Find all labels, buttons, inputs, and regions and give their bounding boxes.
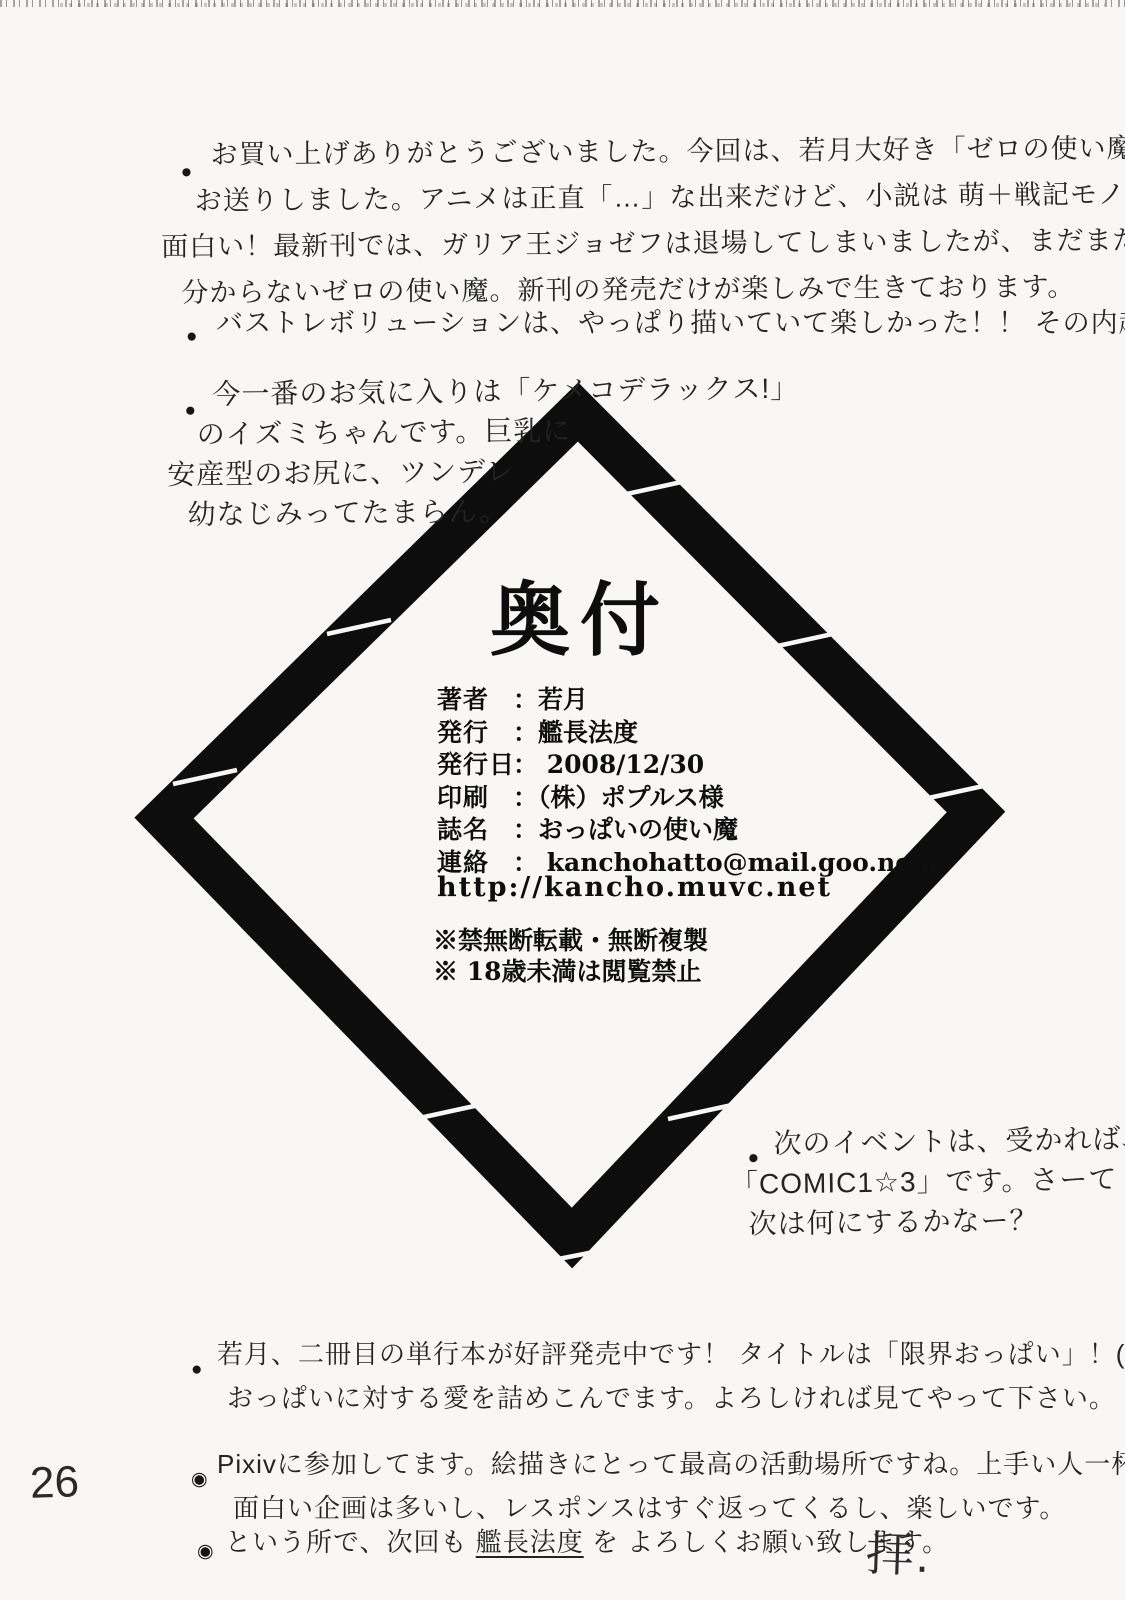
note-line: という所で、次回も 艦長法度 を よろしくお願い致します。: [225, 1522, 949, 1562]
field-value: ： 2008/12/30: [513, 749, 704, 782]
note-line: バストレボリューションは、やっぱり描いていて楽しかった！！ その内超乳も描こうか…: [216, 300, 1125, 346]
field-value: ：艦長法度: [513, 717, 638, 750]
note-line: 面白い！最新刊では、ガリア王ジョゼフは退場してしまいましたが、まだまだどうなるか: [161, 216, 1125, 270]
signature-mark: 拝.: [865, 1515, 933, 1586]
scan-noise-strip-2: [60, 3, 1105, 7]
note-next-event: ● 次のイベントは、受かれば、 「COMIC1☆3」です。さーて 次は何にするか…: [717, 1119, 1125, 1245]
note-closing: ◉ という所で、次回も 艦長法度 を よろしくお願い致します。: [175, 1522, 949, 1562]
bullet-icon: ●: [180, 150, 193, 196]
note-kemeko-deluxe: ● 今一番のお気に入りは「ケメコデラックス!」 のイズミちゃんです。巨乳に 安産…: [154, 369, 800, 536]
note-line: 次のイベントは、受かれば、: [773, 1119, 1125, 1164]
bullet-icon: ●: [184, 391, 197, 431]
bullet-icon: ●: [747, 1138, 760, 1178]
note-line: お送りしました。アニメは正直「…」な出来だけど、小説は 萌＋戦記モノでスゲー: [195, 170, 1125, 224]
field-value: ：若月: [513, 684, 588, 717]
field-label: 誌名: [437, 814, 513, 847]
scanned-doujinshi-colophon-page: { "colors": { "paper": "#f8f7f4", "ink":…: [0, 0, 1125, 1600]
note-bust-revolution: ● バストレボリューションは、やっぱり描いていて楽しかった！！ その内超乳も描こ…: [160, 300, 1125, 346]
field-row-date: 発行日 ： 2008/12/30: [437, 749, 946, 782]
note-line: 幼なじみってたまらん。: [187, 489, 800, 535]
note-pixiv: ◉ Pixivに参加してます。絵描きにとって最高の活動場所ですね。上手い人一杯い…: [165, 1442, 1125, 1530]
note-line: 安産型のお尻に、ツンデレ: [167, 449, 800, 496]
note-line: Pixivに参加してます。絵描きにとって最高の活動場所ですね。上手い人一杯いるし…: [217, 1442, 1125, 1486]
note-tankobon-release: ● 若月、二冊目の単行本が好評発売中です！ タイトルは「限界おっぱい」！(Muj…: [165, 1332, 1125, 1420]
colophon-website-url: http://kancho.muvc.net: [437, 872, 832, 903]
field-row-author: 著者 ：若月: [437, 684, 946, 717]
field-value: ：（株）ポプルス様: [513, 782, 724, 815]
bullet-icon: ●: [186, 314, 198, 360]
page-number: 26: [29, 1457, 80, 1509]
field-label: 発行: [437, 717, 513, 750]
note-line: 「COMIC1☆3」です。さーて: [730, 1159, 1125, 1205]
note-line: お買い上げありがとうございました。今回は、若月大好き「ゼロの使い魔」(原作版)で: [210, 124, 1125, 178]
field-label: 印刷: [437, 782, 513, 815]
note-line: 若月、二冊目の単行本が好評発売中です！ タイトルは「限界おっぱい」！(Mujin…: [217, 1332, 1125, 1376]
colophon-notices: ※禁無断転載・無断複製 ※ 18歳未満は閲覧禁止: [433, 925, 708, 987]
colophon-fields: 著者 ：若月 発行 ：艦長法度 発行日 ： 2008/12/30 印刷 ：（株）…: [437, 684, 946, 879]
note-line: おっぱいに対する愛を詰めこんでます。よろしければ見てやって下さい。: [227, 1376, 1125, 1420]
note-line: 次は何にするかなー？: [748, 1199, 1125, 1245]
colophon-title: 奥付: [380, 556, 780, 671]
bullet-icon: ●: [191, 1348, 203, 1392]
note-line: 今一番のお気に入りは「ケメコデラックス!」: [212, 369, 799, 415]
note-line: のイズミちゃんです。巨乳に: [197, 409, 800, 455]
notice-adults-only: ※ 18歳未満は閲覧禁止: [433, 956, 708, 987]
field-row-book-title: 誌名 ：おっぱいの使い魔: [437, 814, 946, 847]
field-row-publisher: 発行 ：艦長法度: [437, 717, 946, 750]
bullet-icon: ◉: [197, 1532, 215, 1572]
closing-circle-name-emphasis: 艦長法度: [476, 1527, 584, 1557]
field-label: 著者: [437, 684, 513, 717]
closing-pre: という所で、次回も: [225, 1527, 476, 1557]
field-value: ：おっぱいの使い魔: [513, 814, 738, 847]
field-label: 発行日: [437, 749, 513, 782]
field-row-printer: 印刷 ：（株）ポプルス様: [437, 782, 946, 815]
note-zero-no-tsukaima: ● お買い上げありがとうございました。今回は、若月大好き「ゼロの使い魔」(原作版…: [154, 124, 1125, 316]
notice-no-reproduction: ※禁無断転載・無断複製: [433, 925, 708, 956]
bullet-icon: ◉: [191, 1458, 209, 1502]
